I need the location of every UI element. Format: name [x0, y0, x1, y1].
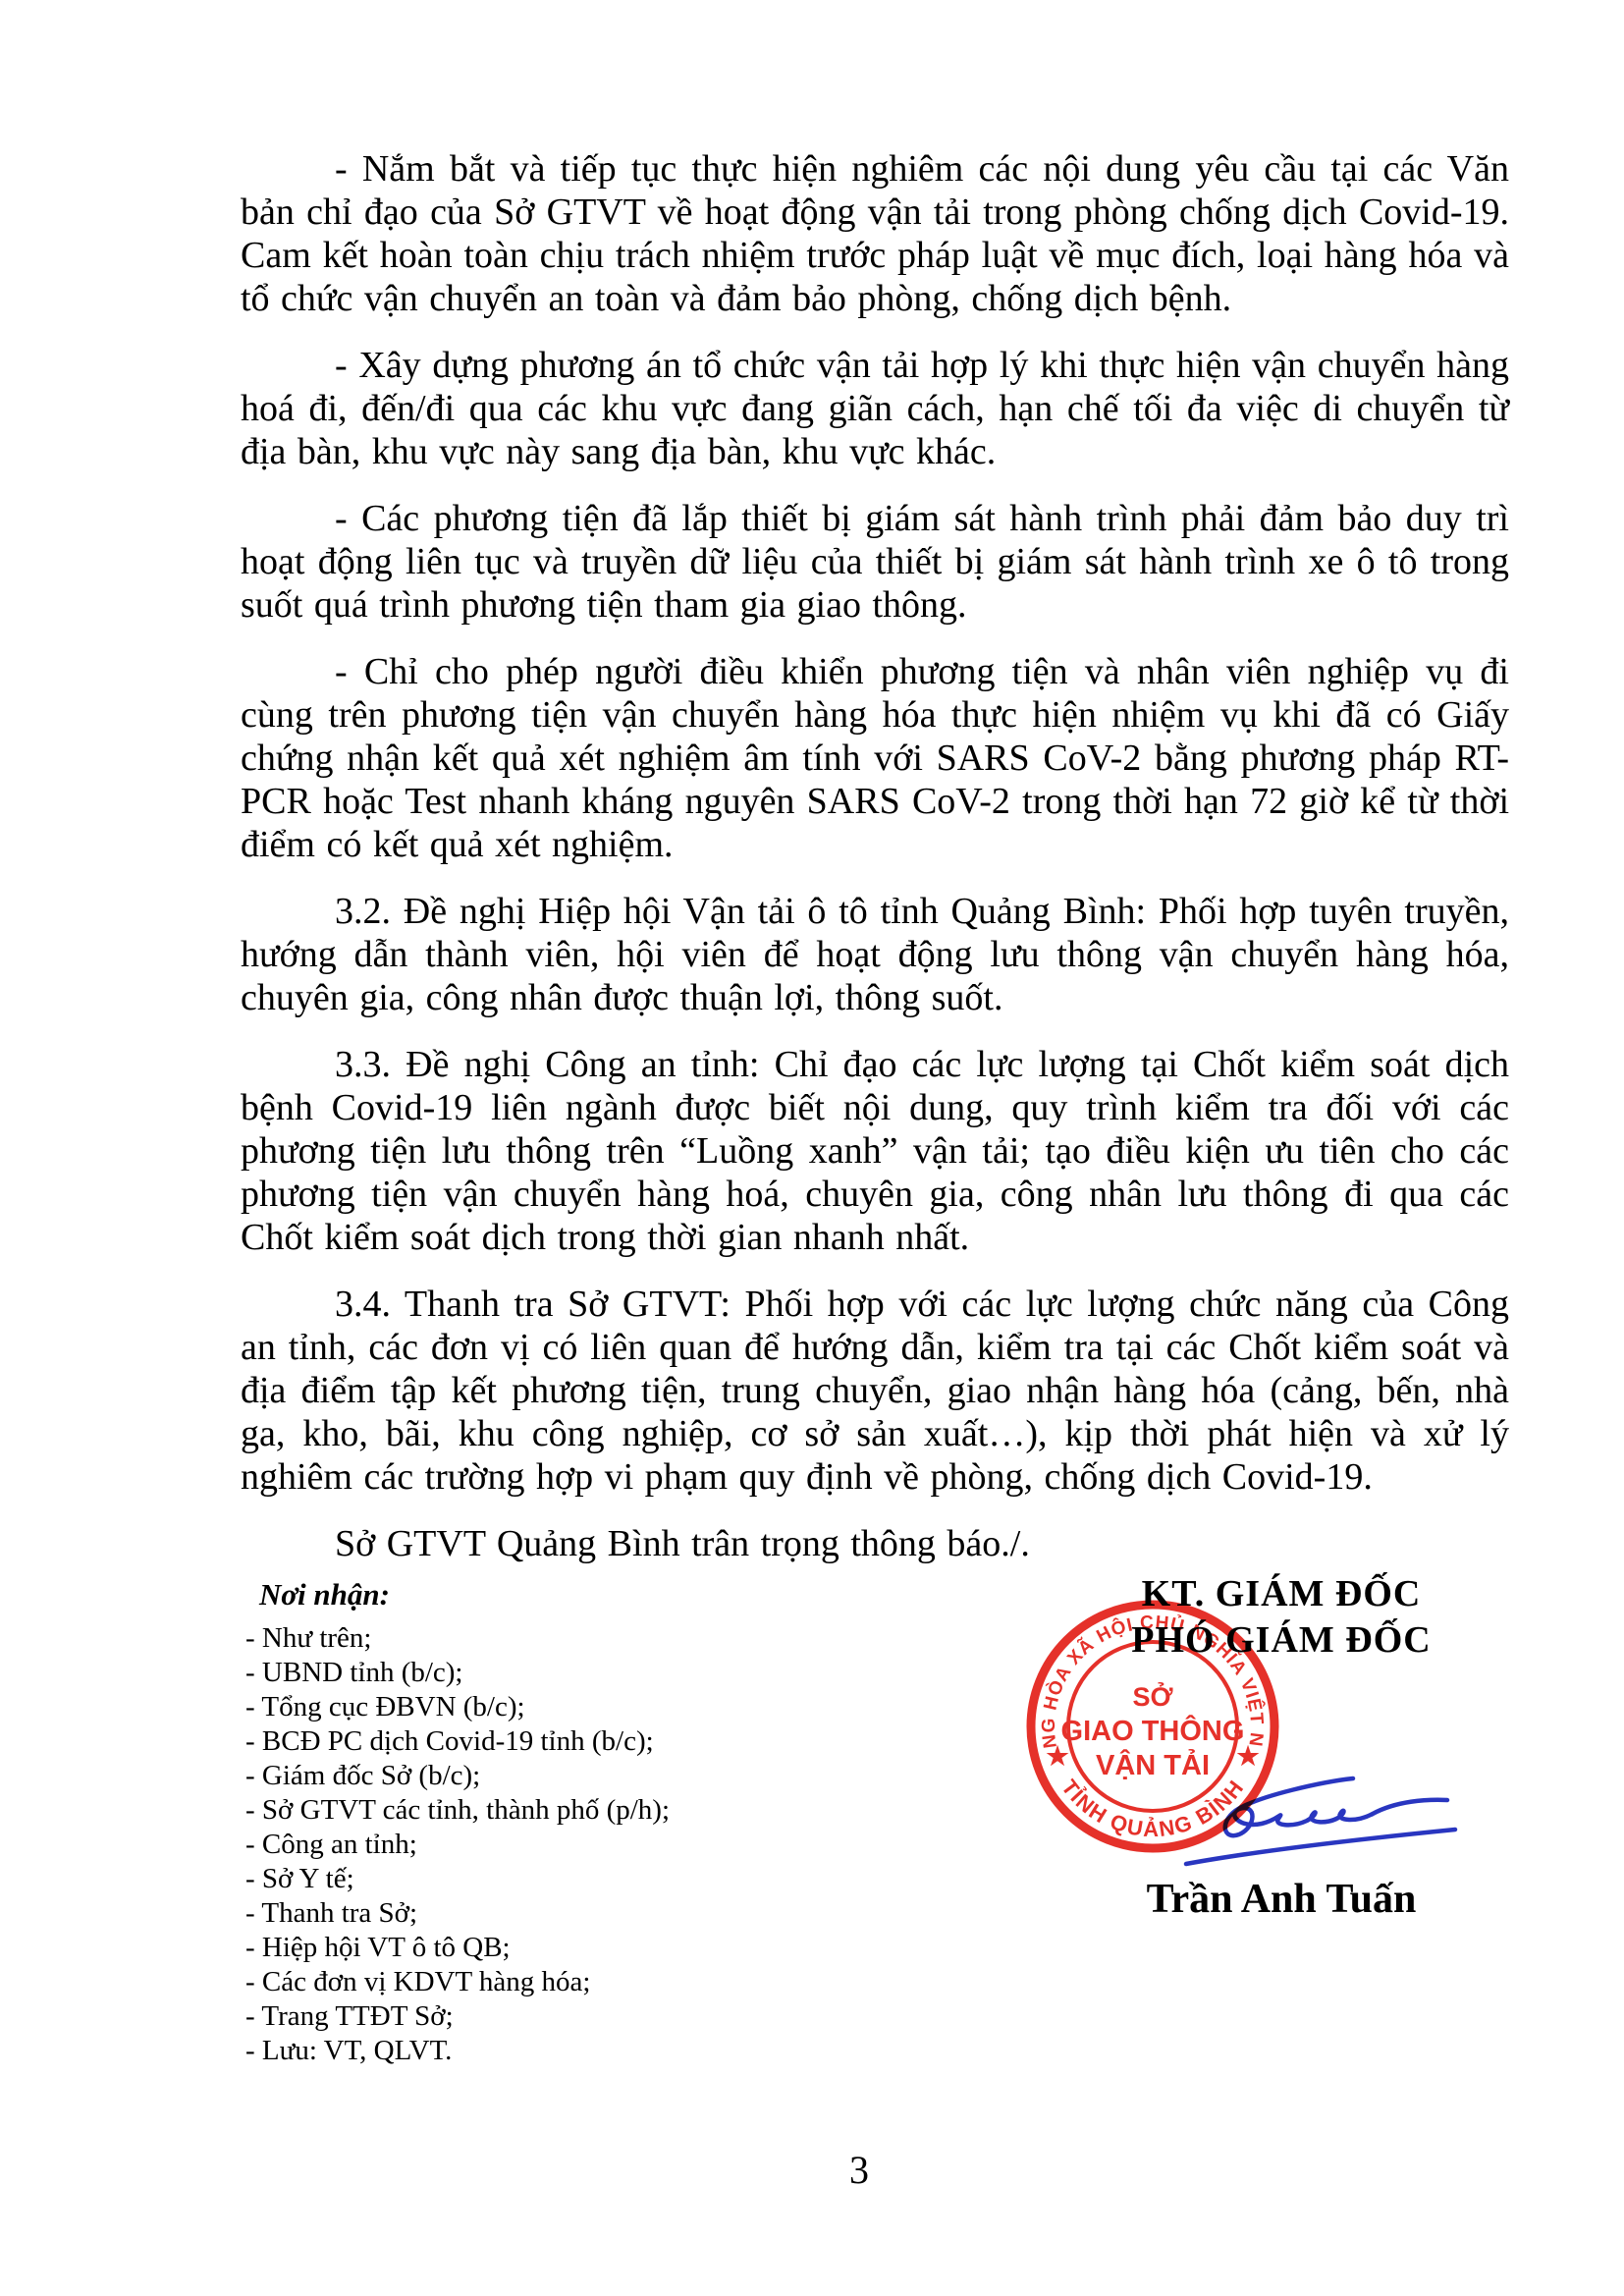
paragraph-1: - Nắm bắt và tiếp tục thực hiện nghiêm c… [241, 147, 1509, 320]
document-body: - Nắm bắt và tiếp tục thực hiện nghiêm c… [241, 147, 1509, 1565]
recipient-item: - Các đơn vị KDVT hàng hóa; [245, 1965, 795, 1999]
paragraph-2: - Xây dựng phương án tổ chức vận tải hợp… [241, 344, 1509, 473]
closing-line: Sở GTVT Quảng Bình trân trọng thông báo.… [241, 1522, 1509, 1565]
paragraph-3-3: 3.3. Đề nghị Công an tỉnh: Chỉ đạo các l… [241, 1043, 1509, 1259]
signer-name: Trần Anh Tuấn [1080, 1876, 1483, 1923]
recipient-item: - Giám đốc Sở (b/c); [245, 1759, 795, 1793]
recipient-item: - Hiệp hội VT ô tô QB; [245, 1931, 795, 1965]
recipients-block: Nơi nhận: - Như trên; - UBND tỉnh (b/c);… [245, 1577, 795, 2068]
paragraph-3-4: 3.4. Thanh tra Sở GTVT: Phối hợp với các… [241, 1283, 1509, 1499]
recipient-item: - Sở Y tế; [245, 1862, 795, 1896]
paragraph-3: - Các phương tiện đã lắp thiết bị giám s… [241, 497, 1509, 627]
page-number: 3 [849, 2147, 869, 2193]
paragraph-4: - Chỉ cho phép người điều khiển phương t… [241, 650, 1509, 866]
recipient-item: - BCĐ PC dịch Covid-19 tỉnh (b/c); [245, 1724, 795, 1759]
recipient-item: - UBND tỉnh (b/c); [245, 1656, 795, 1690]
stamp-center-line1: SỞ [1132, 1680, 1172, 1712]
recipient-item: - Công an tỉnh; [245, 1828, 795, 1862]
recipient-item: - Tổng cục ĐBVN (b/c); [245, 1690, 795, 1724]
signature-main-stroke [1225, 1778, 1447, 1835]
recipient-item: - Thanh tra Sở; [245, 1896, 795, 1931]
recipient-item: - Sở GTVT các tỉnh, thành phố (p/h); [245, 1793, 795, 1828]
recipient-item: - Như trên; [245, 1621, 795, 1656]
recipient-item: - Trang TTĐT Sở; [245, 1999, 795, 2034]
signature-scribble [1168, 1754, 1463, 1882]
document-page: - Nắm bắt và tiếp tục thực hiện nghiêm c… [0, 0, 1624, 2296]
recipient-item: - Lưu: VT, QLVT. [245, 2034, 795, 2068]
paragraph-3-2: 3.2. Đề nghị Hiệp hội Vận tải ô tô tỉnh … [241, 890, 1509, 1019]
stamp-center-line2: GIAO THÔNG [1061, 1714, 1245, 1747]
recipients-heading: Nơi nhận: [245, 1577, 795, 1613]
